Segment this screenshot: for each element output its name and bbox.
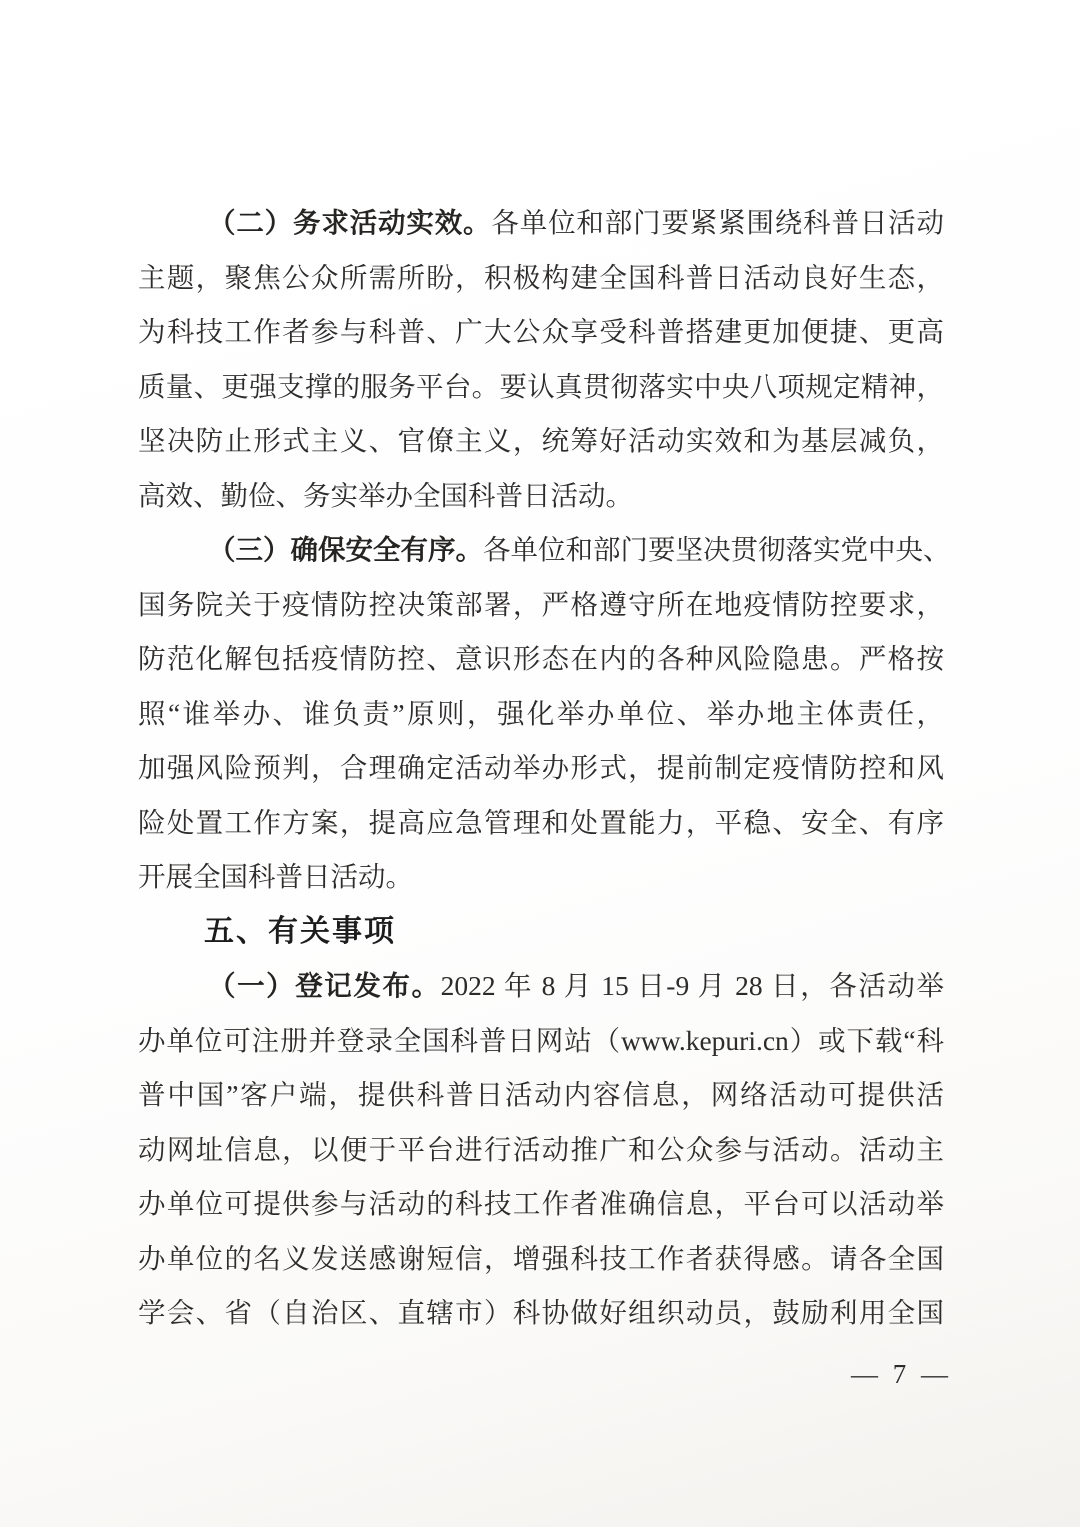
paragraph-lead: （一）登记发布。 [208,970,441,1001]
text-line: （三）确保安全有序。各单位和部门要坚决贯彻落实党中央、 [138,523,944,578]
text-line-body: 各单位和部门要紧紧围绕科普日活动 [491,207,944,238]
document-page: （二）务求活动实效。各单位和部门要紧紧围绕科普日活动 主题，聚焦公众所需所盼，积… [0,0,1080,1527]
text-line: （一）登记发布。2022 年 8 月 15 日-9 月 28 日，各活动举 [138,959,944,1014]
text-line-body: 各单位和部门要坚决贯彻落实党中央、 [483,534,944,565]
section-heading: 五、有关事项 [138,905,944,960]
text-line: （二）务求活动实效。各单位和部门要紧紧围绕科普日活动 [138,196,944,251]
text-line: 险处置工作方案，提高应急管理和处置能力，平稳、安全、有序 [138,796,944,851]
paragraph-lead: （三）确保安全有序。 [208,534,483,565]
document-body: （二）务求活动实效。各单位和部门要紧紧围绕科普日活动 主题，聚焦公众所需所盼，积… [138,196,944,1341]
text-line: 开展全国科普日活动。 [138,850,944,905]
text-line: 国务院关于疫情防控决策部署，严格遵守所在地疫情防控要求， [138,578,944,633]
text-line: 主题，聚焦公众所需所盼，积极构建全国科普日活动良好生态， [138,251,944,306]
text-line: 学会、省（自治区、直辖市）科协做好组织动员，鼓励利用全国 [138,1286,944,1341]
page-number: — 7 — [851,1347,952,1401]
text-line: 照“谁举办、谁负责”原则，强化举办单位、举办地主体责任， [138,687,944,742]
text-line-body: 2022 年 8 月 15 日-9 月 28 日，各活动举 [441,970,944,1001]
text-line: 为科技工作者参与科普、广大公众享受科普搭建更加便捷、更高 [138,305,944,360]
text-line: 办单位可提供参与活动的科技工作者准确信息，平台可以活动举 [138,1177,944,1232]
text-line: 办单位可注册并登录全国科普日网站（www.kepuri.cn）或下载“科 [138,1014,944,1069]
text-line: 防范化解包括疫情防控、意识形态在内的各种风险隐患。严格按 [138,632,944,687]
paragraph-lead: （二）务求活动实效。 [208,207,491,238]
text-line: 高效、勤俭、务实举办全国科普日活动。 [138,469,944,524]
text-line: 动网址信息，以便于平台进行活动推广和公众参与活动。活动主 [138,1123,944,1178]
text-line: 办单位的名义发送感谢短信，增强科技工作者获得感。请各全国 [138,1232,944,1287]
text-line: 坚决防止形式主义、官僚主义，统筹好活动实效和为基层减负， [138,414,944,469]
text-line: 普中国”客户端，提供科普日活动内容信息，网络活动可提供活 [138,1068,944,1123]
text-line: 质量、更强支撑的服务平台。要认真贯彻落实中央八项规定精神， [138,360,944,415]
text-line: 加强风险预判，合理确定活动举办形式，提前制定疫情防控和风 [138,741,944,796]
